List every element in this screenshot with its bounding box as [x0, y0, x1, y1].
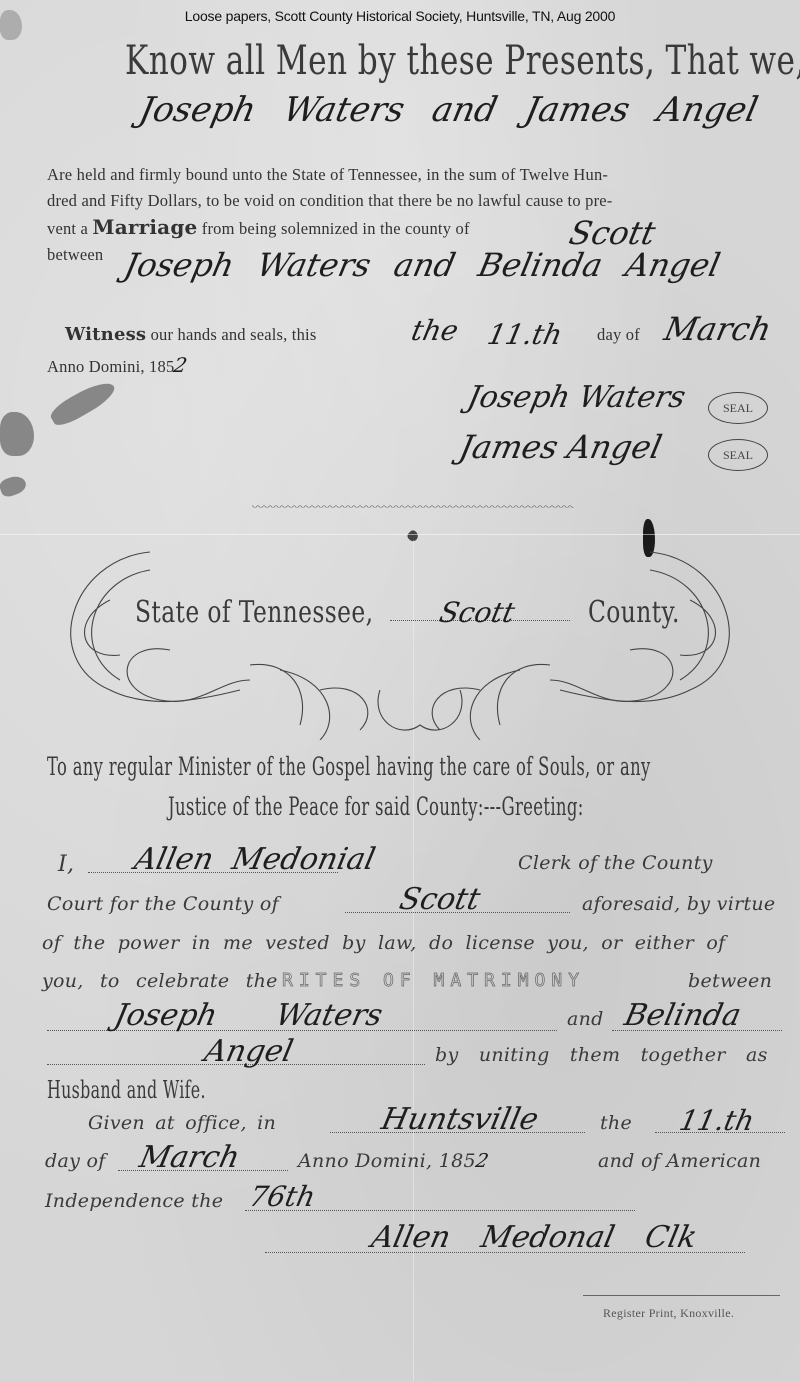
- archive-caption: Loose papers, Scott County Historical So…: [0, 8, 800, 24]
- rites-of-matrimony: RITES OF MATRIMONY: [282, 970, 585, 991]
- bond-parties-handwritten: Joseph Waters and Belinda Angel: [121, 246, 724, 284]
- ink-stain: [0, 10, 22, 40]
- flourish-ornament: [0, 540, 800, 740]
- anno-label-license: Anno Domini, 1852: [298, 1150, 488, 1172]
- witness-word: Witness: [65, 324, 146, 345]
- bond-body-line: dred and Fifty Dollars, to be void on co…: [47, 188, 797, 214]
- signature-james-angel: James Angel: [456, 428, 665, 466]
- husband-wife-label: Husband and Wife.: [47, 1076, 206, 1104]
- county-label: County.: [588, 595, 680, 630]
- clerk-of-label: Clerk of the County: [518, 852, 713, 874]
- witness-month-handwritten: March: [661, 310, 775, 348]
- given-label: Given at office, in: [88, 1112, 276, 1134]
- anno-domini-label: Anno Domini, 185: [47, 357, 174, 376]
- printer-rule: [583, 1295, 780, 1296]
- given-month-handwritten: March: [136, 1140, 243, 1175]
- aforesaid-label: aforesaid, by virtue: [582, 893, 775, 915]
- independence-year-handwritten: 76th: [246, 1180, 318, 1213]
- place-handwritten: Huntsville: [378, 1102, 541, 1137]
- groom-handwritten: Joseph Waters: [111, 998, 385, 1033]
- signature-joseph-waters: Joseph Waters: [464, 380, 688, 415]
- i-label: I,: [58, 852, 74, 877]
- seal-1: SEAL: [708, 392, 768, 424]
- bond-body-prefix: vent a: [47, 219, 88, 238]
- clerk-signature-handwritten: Allen Medonal Clk: [368, 1220, 700, 1255]
- and-label: and: [567, 1008, 604, 1030]
- witness-line: Witness our hands and seals, this: [65, 322, 316, 348]
- license-county-handwritten: Scott: [436, 596, 517, 629]
- bride-last-handwritten: Angel: [201, 1034, 296, 1069]
- independence-label: Independence the: [45, 1190, 223, 1212]
- celebrate-prefix: you, to celebrate the: [42, 970, 278, 992]
- marriage-word: Marriage: [92, 215, 197, 239]
- between-label-license: between: [688, 970, 772, 992]
- witness-the-handwritten: the: [408, 314, 461, 347]
- bond-heading: Know all Men by these Presents, That we,: [125, 38, 800, 84]
- fold-line: [0, 534, 800, 535]
- court-county-handwritten: Scott: [396, 882, 483, 917]
- greeting-line-2: Justice of the Peace for said County:---…: [168, 792, 584, 821]
- ink-stain: [47, 376, 119, 430]
- american-label: and of American: [598, 1150, 761, 1172]
- clerk-name-handwritten: Allen Medonial: [131, 842, 378, 877]
- anno-year-digit: 2: [172, 352, 190, 378]
- state-label: State of Tennessee,: [135, 595, 373, 630]
- witness-day-handwritten: 11.th: [484, 318, 565, 351]
- power-line: of the power in me vested by law, do lic…: [42, 932, 725, 954]
- day-of-label: day of: [597, 322, 640, 348]
- obligors-handwritten: Joseph Waters and James Angel: [136, 90, 762, 130]
- bond-body-line: Are held and firmly bound unto the State…: [47, 162, 797, 188]
- printer-credit: Register Print, Knoxville.: [603, 1306, 734, 1321]
- ink-stain: [0, 412, 34, 456]
- witness-text: our hands and seals, this: [151, 325, 317, 344]
- uniting-label: by uniting them together as: [435, 1044, 768, 1066]
- the-label: the: [600, 1112, 632, 1134]
- ink-stain: [0, 473, 28, 499]
- court-label: Court for the County of: [47, 893, 279, 915]
- anno-year-digit-license: 2: [474, 1150, 491, 1172]
- bond-body-suffix: from being solemnized in the county of: [202, 219, 470, 238]
- bond-body-line: vent a Marriage from being solemnized in…: [47, 214, 797, 242]
- day-of-label-license: day of: [45, 1150, 106, 1172]
- greeting-line-1: To any regular Minister of the Gospel ha…: [47, 752, 651, 781]
- seal-2: SEAL: [708, 439, 768, 471]
- anno-domini-line: Anno Domini, 1852: [47, 352, 187, 380]
- anno-label-text: Anno Domini, 185: [298, 1150, 476, 1172]
- given-day-handwritten: 11.th: [676, 1104, 757, 1137]
- section-divider: [252, 505, 574, 511]
- bride-first-handwritten: Belinda: [621, 998, 744, 1033]
